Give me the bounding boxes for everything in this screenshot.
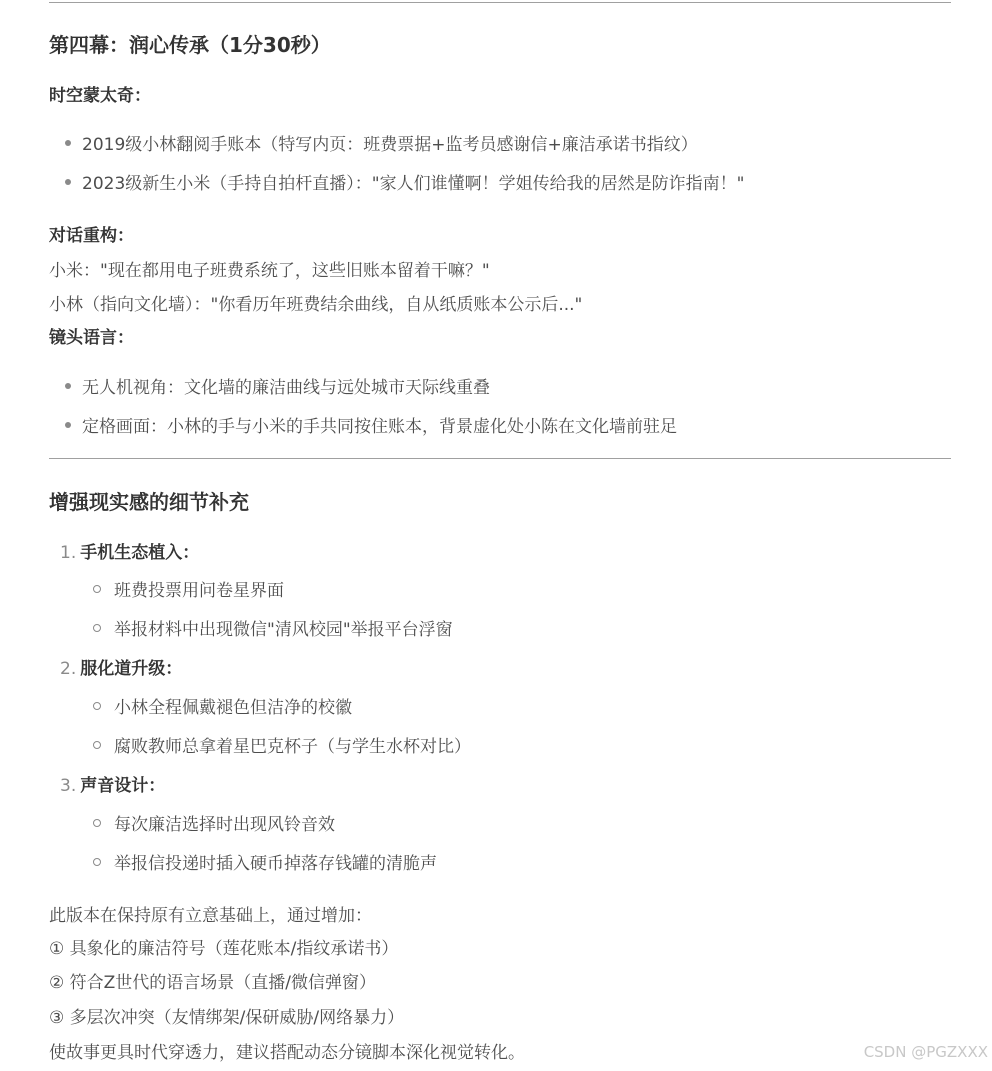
details-item: 举报材料中出现微信"清风校园"举报平台浮窗 [93, 615, 453, 640]
details-item: 每次廉洁选择时出现风铃音效 [93, 810, 335, 835]
summary-line: 使故事更具时代穿透力，建议搭配动态分镜脚本深化视觉转化。 [49, 1038, 525, 1063]
circle-bullet-icon [93, 624, 101, 632]
camera-label: 镜头语言： [49, 323, 134, 348]
camera-item: 定格画面：小林的手与小米的手共同按住账本，背景虚化处小陈在文化墙前驻足 [65, 412, 677, 437]
summary-line: ② 符合Z世代的语言场景（直播/微信弹窗） [49, 968, 376, 993]
montage-item: 2023级新生小米（手持自拍杆直播）："家人们谁懂啊！学姐传给我的居然是防诈指南… [65, 169, 744, 194]
bullet-icon [65, 140, 71, 146]
divider-middle [49, 458, 951, 459]
bullet-icon [65, 422, 71, 428]
summary-line: ① 具象化的廉洁符号（莲花账本/指纹承诺书） [49, 934, 398, 959]
bullet-icon [65, 179, 71, 185]
summary-line: ③ 多层次冲突（友情绑架/保研威胁/网络暴力） [49, 1003, 404, 1028]
details-item: 腐败教师总拿着星巴克杯子（与学生水杯对比） [93, 732, 471, 757]
dialogue-line: 小米："现在都用电子班费系统了，这些旧账本留着干嘛？" [49, 256, 490, 281]
dialogue-label: 对话重构： [49, 221, 134, 246]
divider-top [49, 2, 951, 3]
details-item: 小林全程佩戴褪色但洁净的校徽 [93, 693, 352, 718]
details-item: 举报信投递时插入硬币掉落存钱罐的清脆声 [93, 849, 437, 874]
details-item: 班费投票用问卷星界面 [93, 576, 284, 601]
bullet-icon [65, 383, 71, 389]
watermark: CSDN @PGZXXX [864, 1043, 988, 1061]
circle-bullet-icon [93, 819, 101, 827]
details-section-3: 3.声音设计： [60, 771, 165, 796]
circle-bullet-icon [93, 702, 101, 710]
details-heading: 增强现实感的细节补充 [49, 486, 249, 515]
act4-heading: 第四幕：润心传承（1分30秒） [49, 29, 331, 58]
details-section-1: 1.手机生态植入： [60, 538, 199, 563]
circle-bullet-icon [93, 741, 101, 749]
montage-label: 时空蒙太奇： [49, 81, 151, 106]
summary-line: 此版本在保持原有立意基础上，通过增加： [49, 901, 372, 926]
circle-bullet-icon [93, 858, 101, 866]
dialogue-line: 小林（指向文化墙）："你看历年班费结余曲线，自从纸质账本公示后..." [49, 290, 582, 315]
circle-bullet-icon [93, 585, 101, 593]
camera-item: 无人机视角：文化墙的廉洁曲线与远处城市天际线重叠 [65, 373, 490, 398]
montage-item: 2019级小林翻阅手账本（特写内页：班费票据+监考员感谢信+廉洁承诺书指纹） [65, 130, 698, 155]
details-section-2: 2.服化道升级： [60, 654, 182, 679]
